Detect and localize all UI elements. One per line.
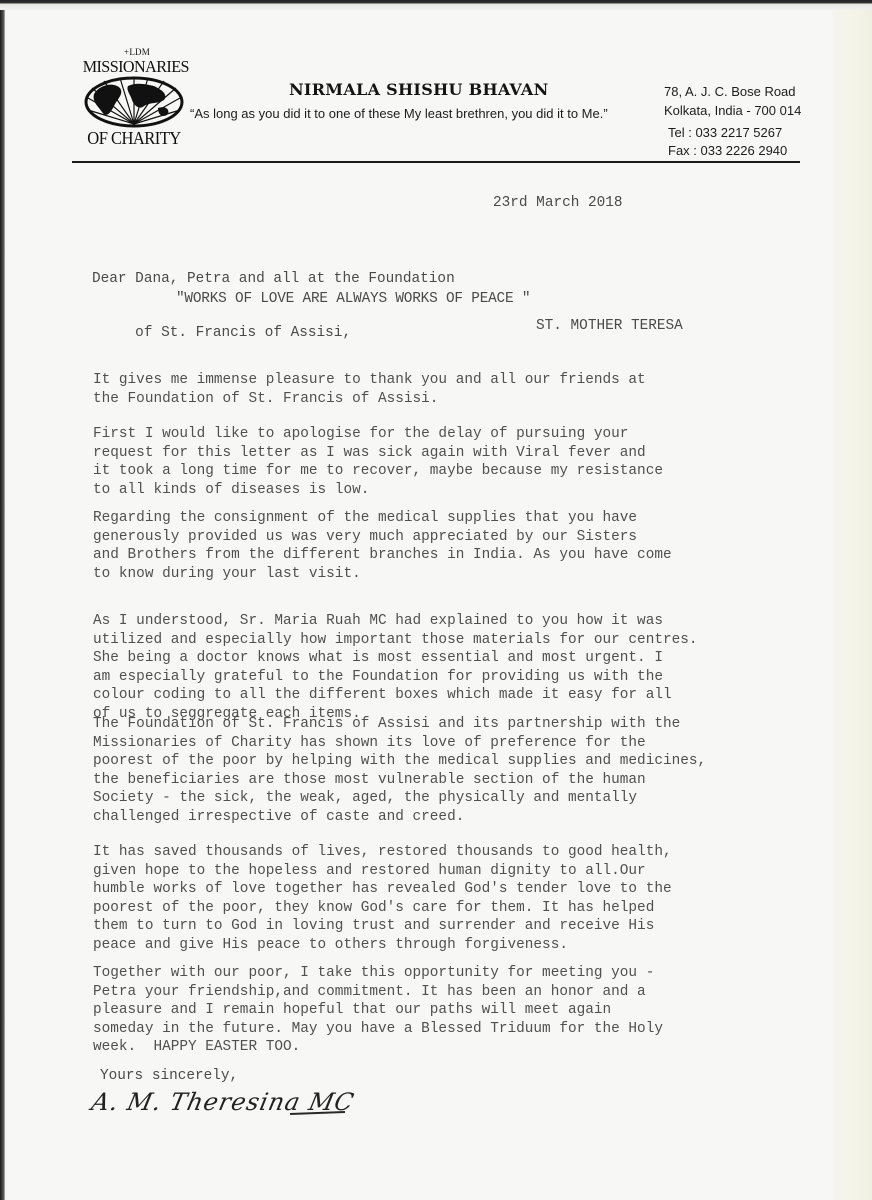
letterhead-divider [72,161,800,163]
address-line-2: Kolkata, India - 700 014 [664,101,824,120]
fax: Fax : 033 2226 2940 [668,142,824,160]
scan-margin [832,0,872,1200]
epigraph-attribution: ST. MOTHER TERESA [536,318,683,334]
paragraph-apology: First I would like to apologise for the … [93,425,663,499]
salutation-line-1: Dear Dana, Petra and all at the Foundati… [92,270,455,288]
logo-prefix: +LDM [86,48,188,57]
letter-date: 23rd March 2018 [493,195,623,211]
address-line-1: 78, A. J. C. Bose Road [664,82,824,101]
paragraph-impact: It has saved thousands of lives, restore… [93,843,672,955]
logo-line-2: OF CHARITY [84,129,183,147]
scan-edge-top [0,0,872,10]
paragraph-partnership: The Foundation of St. Francis of Assisi … [93,715,706,827]
contact-block: Tel : 033 2217 5267 Fax : 033 2226 2940 [664,124,824,160]
telephone: Tel : 033 2217 5267 [668,124,824,142]
paragraph-consignment: Regarding the consignment of the medical… [93,509,672,583]
logo-line-1: MISSIONARIES [83,58,186,75]
salutation-line-2: of St. Francis of Assisi, [92,324,455,342]
paragraph-explanation: As I understood, Sr. Maria Ruah MC had e… [93,612,698,724]
globe-icon [84,76,184,128]
paragraph-thanks: It gives me immense pleasure to thank yo… [93,371,646,408]
organization-title: NIRMALA SHISHU BHAVAN [289,80,549,99]
scan-edge-left [0,0,5,1200]
missionaries-of-charity-logo: +LDM MISSIONARIES OF CHARITY [80,48,188,150]
closing-phrase: Yours sincerely, [100,1068,238,1084]
letterhead-motto: “As long as you did it to one of these M… [190,106,608,121]
letterhead-address: 78, A. J. C. Bose Road Kolkata, India - … [664,82,824,160]
epigraph-quote: "WORKS OF LOVE ARE ALWAYS WORKS OF PEACE… [176,291,530,307]
paragraph-closing-wishes: Together with our poor, I take this oppo… [93,964,663,1057]
